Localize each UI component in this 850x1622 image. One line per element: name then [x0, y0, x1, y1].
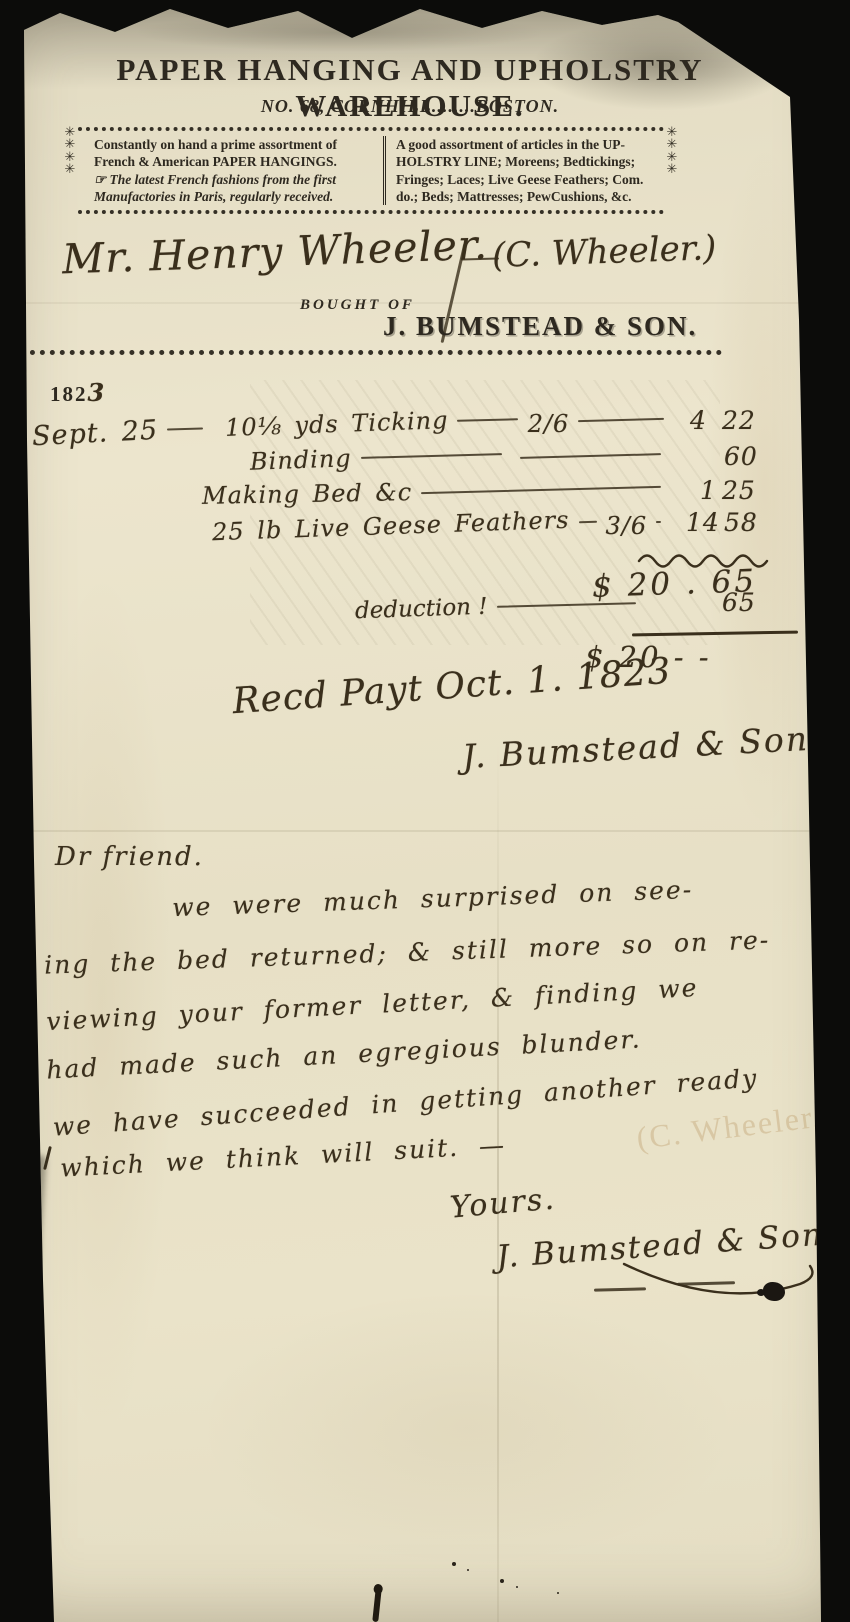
paper: PAPER HANGING AND UPHOLSTRY WAREHOUSE. N… [0, 0, 850, 1622]
entry-date: Sept. 25 [31, 415, 159, 453]
item-row: 25 lb Live Geese Feathers 3/6 [212, 512, 670, 540]
notice-box: ✳✳✳✳ ✳✳✳✳ Constantly on hand a prime ass… [78, 127, 664, 214]
customer-alt: (C. Wheeler.) [491, 228, 717, 276]
letter-line: ing the bed returned; & still more so on… [44, 925, 771, 979]
item-dash [578, 418, 664, 422]
ink-specks [452, 1562, 456, 1566]
item-dash [457, 418, 518, 422]
item-desc: 25 lb Live Geese Feathers [212, 506, 570, 546]
deduction-dash [497, 602, 636, 608]
deduction-rule [632, 631, 798, 636]
paper-crease-horizontal [0, 302, 850, 304]
paper-crease-vertical [497, 742, 499, 1622]
item-rate: 2/6 [528, 410, 570, 438]
amount-dollars: 1 [700, 476, 717, 505]
amount-cents: 25 [722, 476, 756, 505]
amount-dollars: 4 [690, 406, 707, 435]
amount-cents: 22 [722, 406, 756, 435]
amount-dollars: 14 [686, 508, 720, 537]
invoice-year: 1823 [50, 378, 106, 407]
entry-date-dash [167, 428, 203, 431]
ink-blot [763, 1282, 785, 1301]
notice-left-column: Constantly on hand a prime assortment of… [94, 136, 383, 205]
notice-left-line: French & American PAPER HANGINGS. [94, 153, 375, 170]
paper-crease-horizontal [0, 830, 850, 832]
year-printed: 182 [50, 382, 88, 406]
scan-background: PAPER HANGING AND UPHOLSTRY WAREHOUSE. N… [0, 0, 850, 1622]
letter-line: we were much surprised on see- [172, 875, 694, 922]
item-desc: 10⅛ yds Ticking [225, 406, 449, 442]
amount-cents: 60 [724, 442, 758, 471]
item-desc: Making Bed &c [202, 478, 413, 510]
floret-border-left-icon: ✳✳✳✳ [63, 127, 77, 176]
receipt-signature: J. Bumstead & Son [461, 719, 810, 776]
item-row: Making Bed &c [202, 480, 670, 508]
ink-stroke-bottom [372, 1588, 382, 1622]
letter-line: had made such an egregious blunder. [46, 1024, 643, 1084]
letter-closing: Yours. [449, 1181, 558, 1225]
item-dash [656, 521, 661, 523]
smudge-left-edge [26, 1155, 47, 1268]
deduction-label: deduction ! [355, 594, 488, 625]
item-dash [361, 453, 502, 459]
year-handwritten: 3 [88, 378, 107, 407]
customer-name: Mr. Henry Wheeler. [61, 221, 488, 284]
item-dash [578, 521, 596, 524]
letter-line: which we think will suit. — [60, 1130, 507, 1182]
item-row: Binding [250, 446, 670, 474]
deduction-amount: 65 [722, 588, 756, 617]
item-dash [520, 453, 661, 459]
floret-border-right-icon: ✳✳✳✳ [665, 127, 679, 176]
notice-right-column: A good assortment of articles in the UP-… [383, 136, 648, 205]
item-row: 10⅛ yds Ticking 2/6 [225, 410, 673, 438]
letter-salutation: Dr friend. [55, 842, 204, 872]
firm-name: J. BUMSTEAD & SON. [383, 311, 697, 342]
chain-divider [20, 350, 722, 355]
notice-right-line: A good assortment of articles in the UP- [396, 136, 648, 153]
notice-left-line: Manufactories in Paris, regularly receiv… [94, 188, 375, 205]
amount-cents: 58 [724, 508, 758, 537]
item-dash [421, 486, 661, 494]
item-desc: Binding [250, 444, 353, 476]
notice-right-line: Fringes; Laces; Live Geese Feathers; Com… [396, 171, 648, 188]
entry-date-row: Sept. 25 [32, 418, 212, 449]
ghost-text: (C. Wheeler.) [634, 1096, 836, 1157]
notice-left-line: ☞ The latest French fashions from the fi… [94, 171, 375, 188]
notice-right-line: do.; Beds; Mattresses; PewCushions, &c. [396, 188, 648, 205]
notice-right-line: HOLSTRY LINE; Moreens; Bedtickings; [396, 153, 648, 170]
deduction-row: deduction ! [355, 596, 645, 622]
receipt-line: Recd Payt Oct. 1. 1823 [231, 651, 673, 723]
billhead-address: NO. 68, CORNHILL........BOSTON. [30, 96, 790, 117]
item-rate: 3/6 [606, 512, 648, 540]
notice-left-line: Constantly on hand a prime assortment of [94, 136, 375, 153]
